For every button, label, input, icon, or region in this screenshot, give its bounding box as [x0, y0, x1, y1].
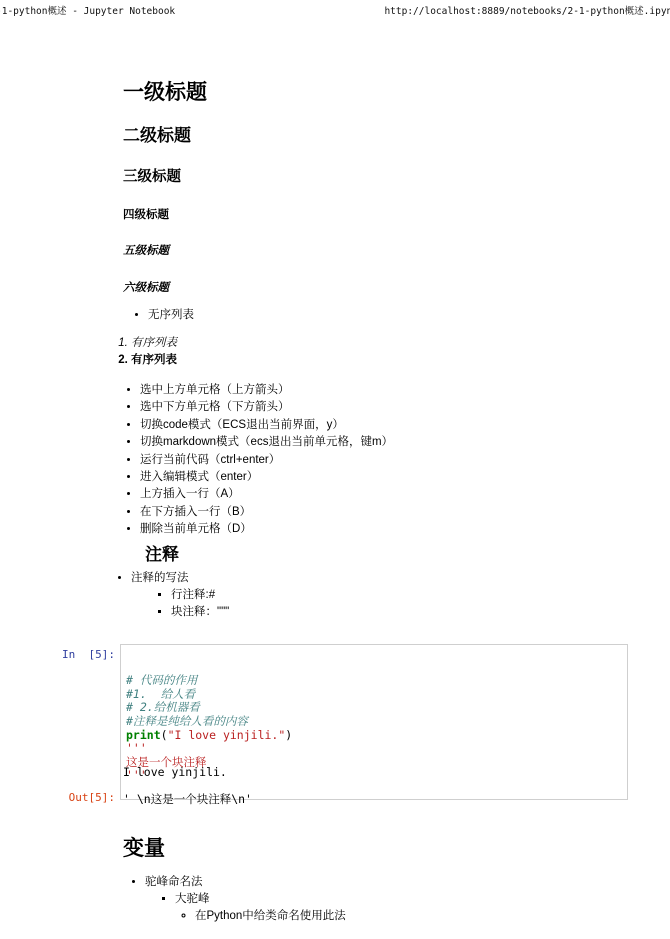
unordered-list-demo: 无序列表: [123, 307, 194, 324]
ordered-list-demo: 有序列表有序列表: [123, 335, 177, 369]
code-line: # 2.给机器看: [126, 701, 622, 715]
list-item-label: 删除当前单元格（D）: [140, 523, 252, 535]
list-item-label: 行注释:#: [171, 589, 215, 601]
list-item-label: 有序列表: [131, 337, 177, 349]
code-line: #注释是纯给人看的内容: [126, 715, 622, 729]
list-item-label: 在下方插入一行（B）: [140, 506, 251, 518]
heading-level-2: 二级标题: [123, 127, 191, 145]
list-item: 驼峰命名法大驼峰在Python中给类命名使用此法: [145, 874, 346, 925]
list-item: 注释的写法行注释:#块注释：""": [131, 570, 229, 621]
list-item-label: 有序列表: [131, 354, 177, 366]
list-item-label: 切换code模式（ECS退出当前界面，y）: [140, 419, 344, 431]
heading-level-6: 六级标题: [123, 282, 169, 294]
code-token-comment: # 2.给机器看: [126, 700, 200, 714]
code-token-string: ''': [126, 741, 147, 755]
code-token-plain: ): [285, 728, 292, 742]
code-line: #1. 给人看: [126, 688, 622, 702]
shortcut-list: 选中上方单元格（上方箭头）选中下方单元格（下方箭头）切换code模式（ECS退出…: [123, 382, 393, 539]
heading-variables: 变量: [123, 838, 165, 860]
input-prompt: In [5]:: [0, 648, 115, 661]
list-item-label: 切换markdown模式（ecs退出当前单元格，键m）: [140, 436, 393, 448]
list-item: 块注释：""": [171, 604, 229, 621]
code-token-comment: # 代码的作用: [126, 673, 197, 687]
heading-level-1: 一级标题: [123, 82, 207, 104]
list-item: 有序列表: [131, 335, 177, 352]
sub-list: 在Python中给类命名使用此法: [175, 908, 346, 925]
list-item: 有序列表: [131, 352, 177, 369]
list-item-label: 运行当前代码（ctrl+enter）: [140, 454, 280, 466]
variables-list: 驼峰命名法大驼峰在Python中给类命名使用此法: [123, 874, 346, 925]
list-item: 无序列表: [148, 307, 194, 324]
list-item: 选中上方单元格（上方箭头）: [140, 382, 393, 399]
list-item: 删除当前单元格（D）: [140, 521, 393, 538]
code-line: # 代码的作用: [126, 674, 622, 688]
code-token-plain: (: [161, 728, 168, 742]
print-header-url: http://localhost:8889/notebooks/2-1-pyth…: [384, 3, 670, 17]
heading-level-3: 三级标题: [123, 170, 181, 185]
sub-list: 大驼峰在Python中给类命名使用此法: [145, 891, 346, 925]
output-value: ' \n这是一个块注释\n': [123, 791, 252, 807]
sub-list: 行注释:#块注释：""": [131, 587, 229, 621]
list-item: 大驼峰在Python中给类命名使用此法: [175, 891, 346, 925]
list-item-label: 选中上方单元格（上方箭头）: [140, 384, 290, 396]
list-item: 切换markdown模式（ecs退出当前单元格，键m）: [140, 434, 393, 451]
list-item: 在Python中给类命名使用此法: [195, 908, 346, 925]
list-item-label: 大驼峰: [175, 893, 210, 905]
list-item-label: 无序列表: [148, 309, 194, 321]
list-item: 运行当前代码（ctrl+enter）: [140, 452, 393, 469]
heading-level-4: 四级标题: [123, 209, 169, 221]
list-item: 切换code模式（ECS退出当前界面，y）: [140, 417, 393, 434]
list-item: 上方插入一行（A）: [140, 486, 393, 503]
list-item-label: 块注释：""": [171, 606, 229, 618]
code-token-comment: #注释是纯给人看的内容: [126, 714, 248, 728]
list-item-label: 上方插入一行（A）: [140, 488, 240, 500]
code-token-string: "I love yinjili.": [168, 728, 286, 742]
heading-level-5: 五级标题: [123, 245, 169, 257]
output-prompt: Out[5]:: [0, 791, 115, 804]
list-item: 在下方插入一行（B）: [140, 504, 393, 521]
comment-notes-list: 注释的写法行注释:#块注释：""": [123, 570, 229, 621]
list-item: 进入编辑模式（enter）: [140, 469, 393, 486]
list-item: 行注释:#: [171, 587, 229, 604]
list-item-label: 进入编辑模式（enter）: [140, 471, 258, 483]
code-line: print("I love yinjili."): [126, 729, 622, 743]
code-line: ''': [126, 742, 622, 756]
list-item: 选中下方单元格（下方箭头）: [140, 399, 393, 416]
heading-comments: 注释: [145, 546, 179, 564]
code-token-comment: #1. 给人看: [126, 687, 195, 701]
list-item-label: 注释的写法: [131, 572, 189, 584]
code-token-keyword: print: [126, 728, 161, 742]
list-item-label: 选中下方单元格（下方箭头）: [140, 401, 290, 413]
list-item-label: 驼峰命名法: [145, 876, 203, 888]
stdout-text: I love yinjili.: [123, 765, 227, 779]
list-item-label: 在Python中给类命名使用此法: [195, 910, 346, 922]
print-header-title: -1-python概述 - Jupyter Notebook: [0, 3, 175, 17]
